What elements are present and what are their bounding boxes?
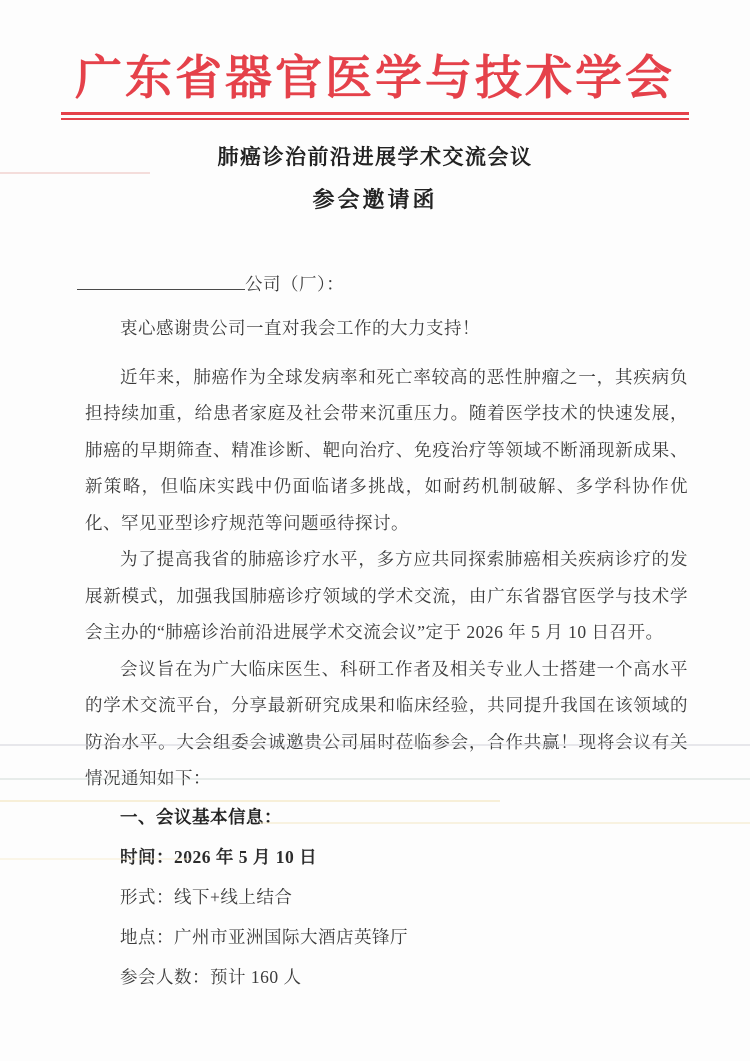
info-item-format: 形式：线下+线上结合 bbox=[85, 877, 688, 917]
info-item-time: 时间：2026 年 5 月 10 日 bbox=[85, 837, 688, 877]
org-name-title: 广东省器官医学与技术学会 bbox=[0, 0, 750, 109]
document-page: 广东省器官医学与技术学会 肺癌诊治前沿进展学术交流会议 参会邀请函 公司（厂）：… bbox=[0, 0, 750, 1061]
invitation-letter-title: 参会邀请函 bbox=[0, 183, 750, 214]
title-double-underline bbox=[61, 112, 689, 120]
paragraph-thanks: 衷心感谢贵公司一直对我会工作的大力支持！ bbox=[85, 310, 688, 347]
info-item-attendance: 参会人数：预计 160 人 bbox=[85, 957, 688, 997]
salutation-line: 公司（厂）： bbox=[77, 266, 688, 303]
salutation-suffix: 公司（厂）： bbox=[245, 274, 344, 294]
scan-artifact-line bbox=[0, 172, 150, 174]
letter-body: 公司（厂）： 衷心感谢贵公司一直对我会工作的大力支持！ 近年来，肺癌作为全球发病… bbox=[85, 266, 688, 997]
paragraph-background: 近年来，肺癌作为全球发病率和死亡率较高的恶性肿瘤之一，其疾病负担持续加重，给患者… bbox=[85, 359, 688, 542]
conference-title: 肺癌诊治前沿进展学术交流会议 bbox=[0, 141, 750, 171]
info-item-location: 地点：广州市亚洲国际大酒店英锋厅 bbox=[85, 917, 688, 957]
section-heading-basic-info: 一、会议基本信息： bbox=[85, 797, 688, 837]
paragraph-invitation: 会议旨在为广大临床医生、科研工作者及相关专业人士搭建一个高水平的学术交流平台，分… bbox=[85, 651, 688, 797]
paragraph-purpose: 为了提高我省的肺癌诊疗水平，多方应共同探索肺癌相关疾病诊疗的发展新模式，加强我国… bbox=[85, 541, 688, 651]
recipient-blank-line bbox=[77, 269, 245, 290]
